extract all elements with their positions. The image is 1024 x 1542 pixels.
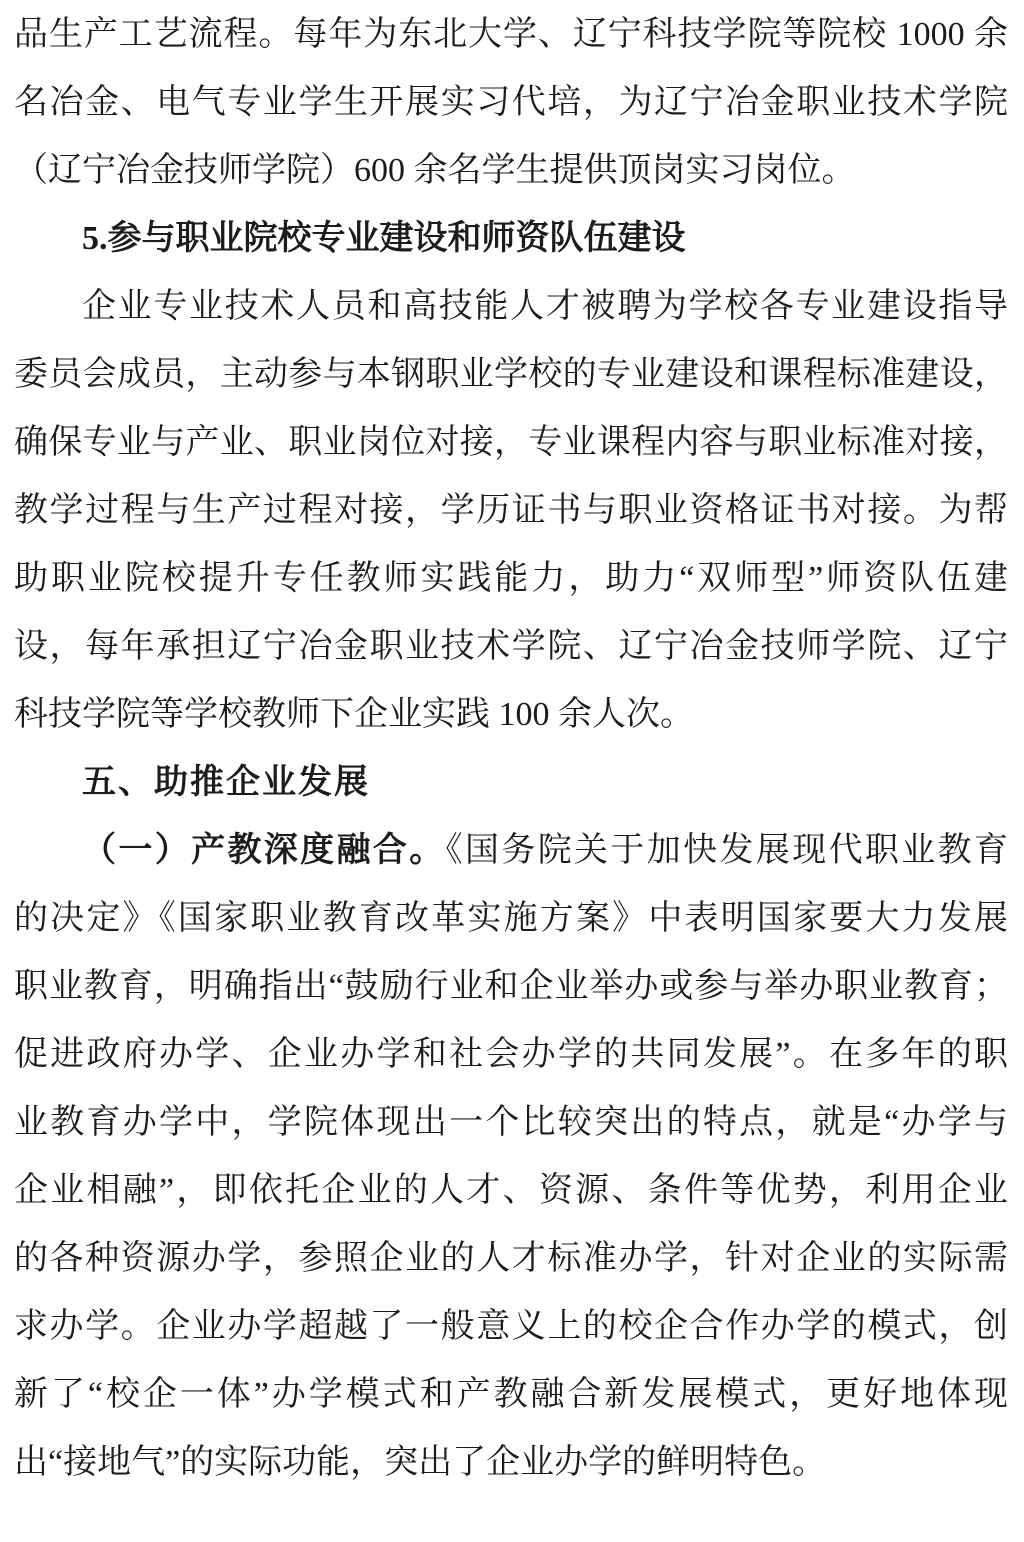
document-page: 品生产工艺流程。每年为东北大学、辽宁科技学院等院校 1000 余名冶金、电气专业… [0,0,1024,1542]
text-line: 确保专业与产业、职业岗位对接，专业课程内容与职业标准对接， [14,409,1008,477]
paragraph-internship-continuation: 品生产工艺流程。每年为东北大学、辽宁科技学院等院校 1000 余名冶金、电气专业… [14,1,1008,205]
text-line: 名冶金、电气专业学生开展实习代培，为辽宁冶金职业技术学院 [14,69,1008,137]
text-segment: 《国务院关于加快发展现代职业教育 [446,832,1008,869]
text-segment: 业教育办学中，学院体现出一个比较突出的特点，就是“办学与 [14,1104,1008,1141]
text-line: 助职业院校提升专任教师实践能力，助力“双师型”师资队伍建 [14,545,1008,613]
bold-text-segment: （一）产教深度融合。 [82,832,446,869]
text-line: （辽宁冶金技师学院）600 余名学生提供顶岗实习岗位。 [14,137,1008,205]
paragraph-industry-education-integration: （一）产教深度融合。《国务院关于加快发展现代职业教育的决定》《国家职业教育改革实… [14,817,1008,1497]
text-segment: 助职业院校提升专任教师实践能力，助力“双师型”师资队伍建 [14,560,1008,597]
text-segment: 企业专业技术人员和高技能人才被聘为学校各专业建设指导 [82,288,1008,325]
section-heading-5: 五、助推企业发展 [14,749,1008,817]
text-line: 5.参与职业院校专业建设和师资队伍建设 [14,205,1008,273]
text-segment: 确保专业与产业、职业岗位对接，专业课程内容与职业标准对接， [14,424,1008,461]
text-segment: 求办学。企业办学超越了一般意义上的校企合作办学的模式，创 [14,1308,1008,1345]
text-segment: 促进政府办学、企业办学和社会办学的共同发展”。在多年的职 [14,1036,1008,1073]
text-segment: （辽宁冶金技师学院）600 余名学生提供顶岗实习岗位。 [14,152,856,189]
text-segment: 的各种资源办学，参照企业的人才标准办学，针对企业的实际需 [14,1240,1008,1277]
text-line: 五、助推企业发展 [14,749,1008,817]
text-segment: 的决定》《国家职业教育改革实施方案》中表明国家要大力发展 [14,900,1008,937]
text-segment: 新了“校企一体”办学模式和产教融合新发展模式，更好地体现 [14,1376,1008,1413]
text-segment: 出“接地气”的实际功能，突出了企业办学的鲜明特色。 [14,1444,826,1481]
document-body: 品生产工艺流程。每年为东北大学、辽宁科技学院等院校 1000 余名冶金、电气专业… [14,1,1008,1497]
text-segment: 企业相融”，即依托企业的人才、资源、条件等优势，利用企业 [14,1172,1008,1209]
bold-text-segment: 五、助推企业发展 [82,764,370,801]
text-line: 出“接地气”的实际功能，突出了企业办学的鲜明特色。 [14,1429,1008,1497]
text-line: 品生产工艺流程。每年为东北大学、辽宁科技学院等院校 1000 余 [14,1,1008,69]
text-segment: 名冶金、电气专业学生开展实习代培，为辽宁冶金职业技术学院 [14,84,1008,121]
text-line: 求办学。企业办学超越了一般意义上的校企合作办学的模式，创 [14,1293,1008,1361]
text-segment: 设，每年承担辽宁冶金职业技术学院、辽宁冶金技师学院、辽宁 [14,628,1008,665]
text-segment: 委员会成员，主动参与本钢职业学校的专业建设和课程标准建设， [14,356,1008,393]
text-line: 的各种资源办学，参照企业的人才标准办学，针对企业的实际需 [14,1225,1008,1293]
text-segment: 5.参与职业院校专业建设和师资队伍建设 [82,220,686,257]
paragraph-faculty-development: 企业专业技术人员和高技能人才被聘为学校各专业建设指导委员会成员，主动参与本钢职业… [14,273,1008,749]
text-line: 委员会成员，主动参与本钢职业学校的专业建设和课程标准建设， [14,341,1008,409]
text-line: 促进政府办学、企业办学和社会办学的共同发展”。在多年的职 [14,1021,1008,1089]
text-line: 业教育办学中，学院体现出一个比较突出的特点，就是“办学与 [14,1089,1008,1157]
text-segment: 教学过程与生产过程对接，学历证书与职业资格证书对接。为帮 [14,492,1008,529]
text-line: 企业相融”，即依托企业的人才、资源、条件等优势，利用企业 [14,1157,1008,1225]
text-line: 教学过程与生产过程对接，学历证书与职业资格证书对接。为帮 [14,477,1008,545]
text-line: 设，每年承担辽宁冶金职业技术学院、辽宁冶金技师学院、辽宁 [14,613,1008,681]
text-segment: 品生产工艺流程。每年为东北大学、辽宁科技学院等院校 1000 余 [14,16,1008,53]
text-line: 科技学院等学校教师下企业实践 100 余人次。 [14,681,1008,749]
text-segment: 职业教育，明确指出“鼓励行业和企业举办或参与举办职业教育； [14,968,1008,1005]
text-line: 职业教育，明确指出“鼓励行业和企业举办或参与举办职业教育； [14,953,1008,1021]
text-segment: 科技学院等学校教师下企业实践 100 余人次。 [14,696,694,733]
text-line: 企业专业技术人员和高技能人才被聘为学校各专业建设指导 [14,273,1008,341]
text-line: （一）产教深度融合。《国务院关于加快发展现代职业教育 [14,817,1008,885]
text-line: 的决定》《国家职业教育改革实施方案》中表明国家要大力发展 [14,885,1008,953]
subheading-item-5: 5.参与职业院校专业建设和师资队伍建设 [14,205,1008,273]
text-line: 新了“校企一体”办学模式和产教融合新发展模式，更好地体现 [14,1361,1008,1429]
